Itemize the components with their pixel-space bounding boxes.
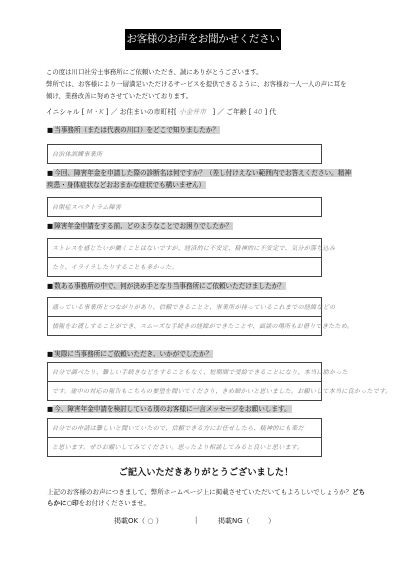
consent-bold-2: らかに○印 [47, 499, 79, 507]
publish-ng-option[interactable]: 掲載NG（ ） [218, 516, 275, 526]
consent-bold-1: どち [352, 488, 365, 496]
question-1: ■当事務所（または代表の川口）をどこで知りましたか？ [47, 125, 220, 135]
question-4: ■数ある事務所の中で、何が決め手となり当事務所にご依頼いただけましたか？ [47, 281, 286, 291]
answer-2-line-1: 自閉症スペクトラム障害 [52, 202, 121, 211]
answer-5-line-1: 自分で調べたり、難しい手続きなどをすることもなく、短期間で受給できることになり、… [52, 367, 348, 376]
answer-5-line-2: です。途中の対応の報告もこちらの要望を聞いてくださり、きめ細かいと思いました。お… [52, 386, 391, 395]
answer-box-3[interactable]: ストレスを感じたいが働くことはないですが、経済的に不安定、精神的に不安定で、気分… [47, 238, 322, 277]
answer-4-line-2: 情報をお渡しすることができ、スムーズな手続きの経緯ができたことや、面談の場所もお… [52, 321, 353, 330]
profile-line: イニシャル [ M・K ] ／ お住まいの市町村[ 小金井市 ] ／ ご年齢 [… [46, 107, 276, 117]
question-2-label: 今回、障害年金を申請した際の診断名は何ですか？（差し付けえない範囲内でお答えくだ… [53, 169, 352, 177]
initial-value[interactable]: M・K [87, 108, 104, 116]
age-suffix: ] 代 [264, 108, 276, 116]
publish-ok-mark[interactable]: ○ [147, 517, 153, 525]
publish-ng-label: 掲載NG（ [218, 517, 250, 525]
question-5-label: 実際に当事務所にご依頼いただき、いかがでしたか？ [53, 350, 213, 358]
publish-ok-label: 掲載OK（ [114, 517, 145, 525]
answer-box-1[interactable]: 自治体訓練事業所 [47, 144, 322, 164]
question-2-cont: 疾患・身体症状などおおまかな症状でも構いません） [46, 180, 206, 190]
answer-box-5[interactable]: 自分で調べたり、難しい手続きなどをすることもなく、短期間で受給できることになり、… [47, 362, 322, 401]
answer-box-6[interactable]: 自分での申請は難しいと聞いていたので、信頼できる方にお任せしたら、精神的にも楽だ… [47, 418, 322, 457]
age-value[interactable]: 40 [254, 108, 263, 116]
city-value[interactable]: 小金井市 [179, 108, 206, 116]
answer-3-line-2: たり、イライラしたりすることも多かった。 [52, 262, 178, 271]
publish-ng-close: ） [268, 517, 275, 525]
consent-line-2: らかに○印をお付けくださいませ。 [47, 498, 150, 508]
age-label: ] ／ ご年齢 [ [213, 108, 252, 116]
consent-line-1: 上記のお客様のお声につきまして、弊所ホームページ上に掲載させていただいてもよろし… [47, 487, 365, 497]
question-6-label: 今、障害年金申請を検討している別のお客様に一言メッセージをお願いします。 [53, 405, 291, 413]
answer-6-line-2: と思います。ぜひお願いしてみてください。思ったより相談してみると良いと思います。 [52, 442, 303, 451]
publish-ok-option[interactable]: 掲載OK（ ○ ） [114, 516, 163, 526]
answer-6-line-1: 自分での申請は難しいと聞いていたので、信頼できる方にお任せしたら、精神的にも楽だ [52, 423, 304, 432]
page-title: お客様のお声をお聞かせください [125, 29, 281, 50]
question-2-label-2: 疾患・身体症状などおおまかな症状でも構いません） [46, 181, 206, 189]
publish-ok-close: ） [156, 517, 163, 525]
consent-text-2: をお付けくださいませ。 [79, 499, 150, 507]
question-2: ■今回、障害年金を申請した際の診断名は何ですか？（差し付けえない範囲内でお答えく… [47, 168, 352, 178]
intro-line-1: この度は川口社労士事務所にご依頼いただき、誠にありがとうございます。 [46, 67, 263, 77]
option-divider: | [195, 516, 197, 524]
question-1-label: 当事務所（または代表の川口）をどこで知りましたか？ [53, 126, 220, 134]
city-label: ] ／ お住まいの市町村[ [106, 108, 177, 116]
question-5: ■実際に当事務所にご依頼いただき、いかがでしたか？ [47, 349, 213, 359]
answer-4-line-1: 通っている事業所とつながりがあり、信頼できることと、事業所が持っているこれまでの… [52, 302, 335, 311]
intro-line-2: 弊所では、お客様により一層満足いただけるサービスを提供できるように、お客様お一人… [46, 79, 346, 89]
question-4-label: 数ある事務所の中で、何が決め手となり当事務所にご依頼いただけましたか？ [53, 282, 286, 290]
question-6: ■今、障害年金申請を検討している別のお客様に一言メッセージをお願いします。 [47, 404, 292, 414]
intro-line-3: 傾け、業務改善に努めさせていただいております。 [46, 91, 192, 101]
answer-box-2[interactable]: 自閉症スペクトラム障害 [47, 197, 322, 217]
answer-1-line-1: 自治体訓練事業所 [52, 149, 102, 158]
answer-3-line-1: ストレスを感じたいが働くことはないですが、経済的に不安定、精神的に不安定で、気分… [52, 243, 335, 252]
question-3: ■障害年金申請をする前、どのようなことでお困りでしたか？ [47, 221, 233, 231]
thanks-message: ご記入いただきありがとうございました！ [0, 464, 412, 478]
initial-label: イニシャル [ [46, 108, 84, 116]
question-3-label: 障害年金申請をする前、どのようなことでお困りでしたか？ [53, 222, 233, 230]
answer-box-4[interactable]: 通っている事業所とつながりがあり、信頼できることと、事業所が持っているこれまでの… [47, 297, 322, 336]
consent-text-1: 上記のお客様のお声につきまして、弊所ホームページ上に掲載させていただいてもよろし… [47, 488, 352, 496]
